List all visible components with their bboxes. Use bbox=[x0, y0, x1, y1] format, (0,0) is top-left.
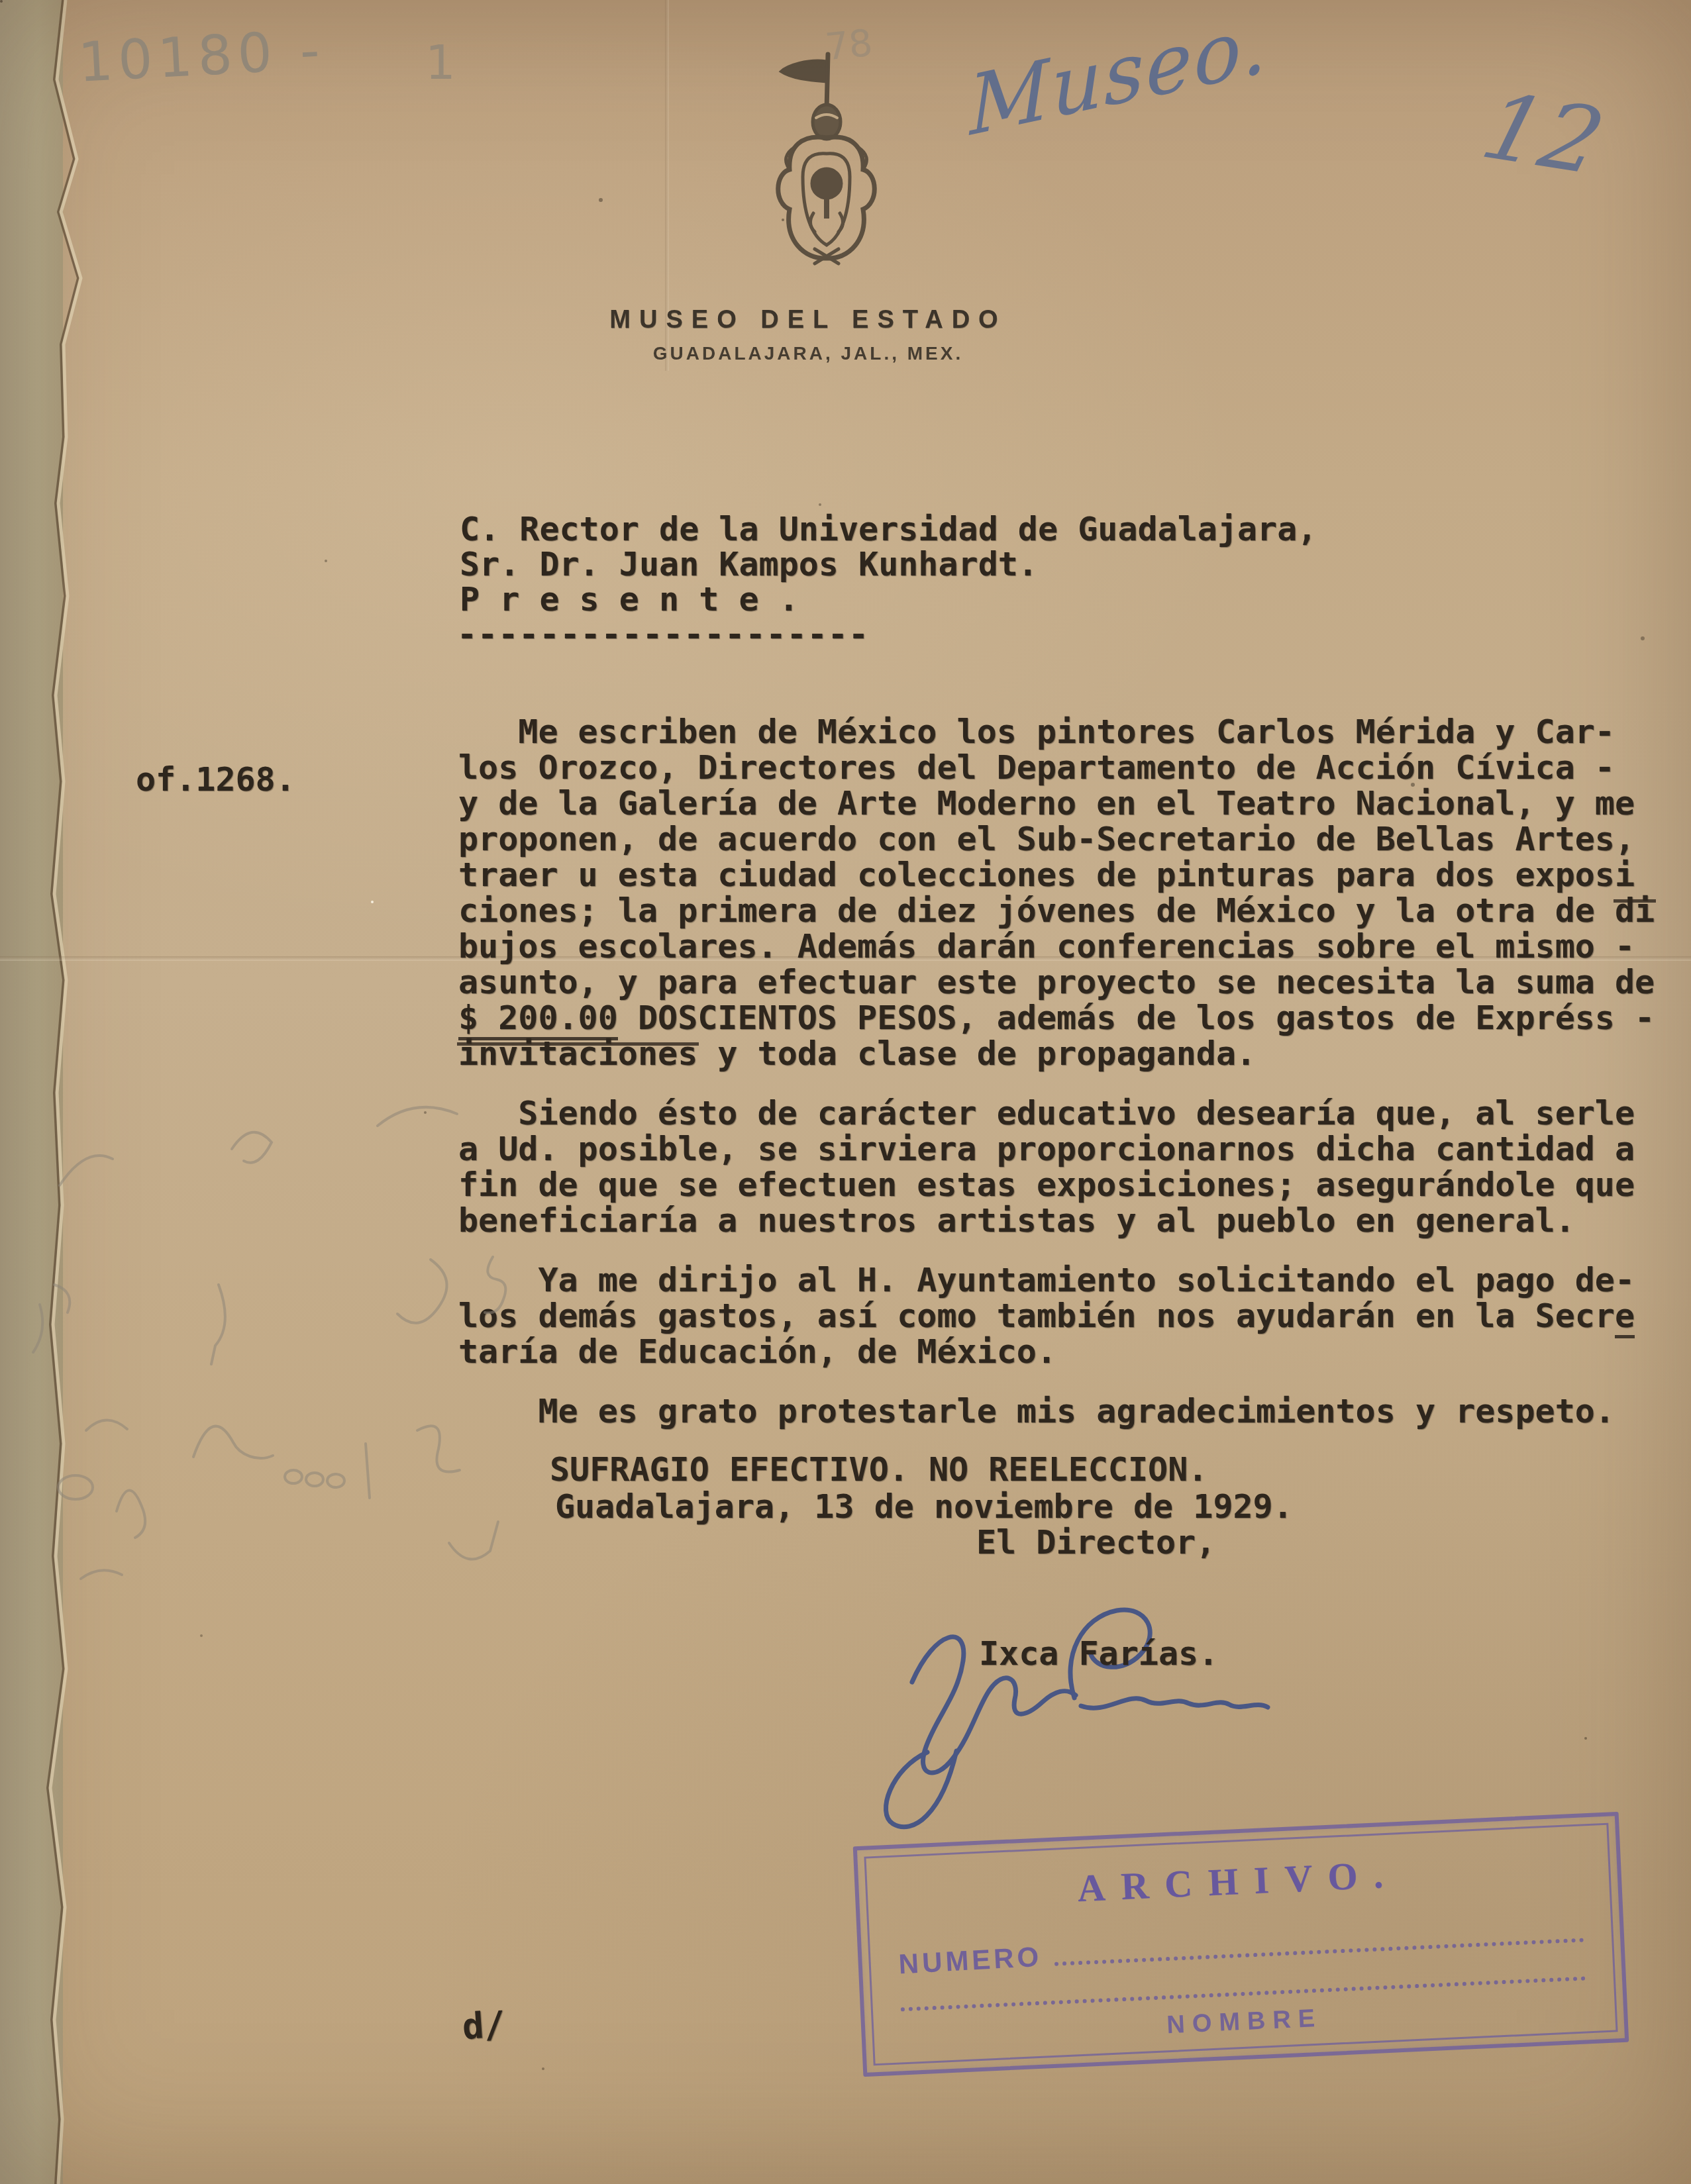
text-segment: Siendo ésto de carácter educativo desear… bbox=[458, 1094, 1635, 1132]
typist-mark: d/ bbox=[461, 2007, 507, 2045]
ink-page-number: 12 bbox=[1472, 74, 1614, 195]
letter-line: proponen, de acuerdo con el Sub-Secretar… bbox=[458, 821, 1691, 857]
stamp-numero-dotted-line bbox=[1054, 1938, 1584, 1966]
text-segment: beneficiaría a nuestros artistas y al pu… bbox=[458, 1201, 1575, 1240]
letter-paragraph: Ya me dirijo al H. Ayuntamiento solicita… bbox=[458, 1262, 1691, 1369]
text-segment: Me escriben de México los pintores Carlo… bbox=[458, 713, 1615, 751]
letter-paragraph: Me escriben de México los pintores Carlo… bbox=[458, 714, 1691, 1071]
pencil-page-mark: 1 bbox=[425, 34, 456, 90]
letter-line: beneficiaría a nuestros artistas y al pu… bbox=[458, 1203, 1691, 1238]
letter-line: Me es grato protestarle mis agradecimien… bbox=[458, 1393, 1691, 1429]
letterhead-title: MUSEO DEL ESTADO bbox=[556, 306, 1060, 334]
signer-name: Ixca Farías. bbox=[979, 1636, 1218, 1671]
letter-line: los demás gastos, así como también nos a… bbox=[458, 1298, 1691, 1334]
address-underline-dashes: -------------------- bbox=[457, 617, 869, 652]
paper-specks bbox=[0, 0, 3, 3]
letter-line: invitaciones y toda clase de propaganda. bbox=[458, 1036, 1691, 1071]
letterhead-subtitle: GUADALAJARA, JAL., MEX. bbox=[556, 343, 1060, 364]
letter-body: Me escriben de México los pintores Carlo… bbox=[458, 714, 1691, 1453]
pencil-doc-number: 10180 - bbox=[77, 19, 327, 94]
text-segment: a Ud. posible, se sirviera proporcionarn… bbox=[458, 1130, 1635, 1168]
text-segment: y toda clase de propaganda. bbox=[697, 1034, 1256, 1073]
text-segment: bujos escolares. Además darán conferenci… bbox=[458, 927, 1635, 966]
letter-line: a Ud. posible, se sirviera proporcionarn… bbox=[458, 1131, 1691, 1167]
motto-line: SUFRAGIO EFECTIVO. NO REELECCION. bbox=[550, 1452, 1207, 1487]
ink-annotation-museo: Museo. bbox=[968, 0, 1269, 154]
office-number: of.1268. bbox=[136, 762, 295, 797]
stamp-title: ARCHIVO. bbox=[895, 1844, 1582, 1919]
letter-line: ciones; la primera de diez jóvenes de Mé… bbox=[458, 893, 1691, 928]
text-segment: y de la Galería de Arte Moderno en el Te… bbox=[458, 784, 1635, 822]
letter-line: Ya me dirijo al H. Ayuntamiento solicita… bbox=[458, 1262, 1691, 1298]
date-line: Guadalajara, 13 de noviembre de 1929. bbox=[555, 1489, 1293, 1524]
pencil-scribbles bbox=[20, 1086, 550, 1629]
address-line-1: C. Rector de la Universidad de Guadalaja… bbox=[460, 511, 1317, 547]
letter-line: fin de que se efectuen estas exposicione… bbox=[458, 1167, 1691, 1203]
text-segment: asunto, y para efectuar este proyecto se… bbox=[458, 963, 1655, 1001]
emphasized-text: e bbox=[1615, 1297, 1635, 1338]
letter-paragraph: Me es grato protestarle mis agradecimien… bbox=[458, 1393, 1691, 1429]
letter-line: asunto, y para efectuar este proyecto se… bbox=[458, 964, 1691, 1000]
text-segment: Ya me dirijo al H. Ayuntamiento solicita… bbox=[458, 1261, 1635, 1299]
letter-line: bujos escolares. Además darán conferenci… bbox=[458, 928, 1691, 964]
text-segment: DOSCIENTOS PESOS, además de los gastos d… bbox=[618, 999, 1655, 1037]
letter-line: los Orozco, Directores del Departamento … bbox=[458, 750, 1691, 785]
text-segment: ciones; la primera de diez jóvenes de Mé… bbox=[458, 891, 1615, 930]
letter-line: Me escriben de México los pintores Carlo… bbox=[458, 714, 1691, 750]
address-line-3: P r e s e n t e . bbox=[460, 581, 799, 617]
letter-line: taría de Educación, de México. bbox=[458, 1334, 1691, 1369]
text-segment: los demás gastos, así como también nos a… bbox=[458, 1297, 1615, 1335]
scanned-letter-page: 10180 - 1 78 Museo. 12 MUSEO DEL ESTADO … bbox=[0, 0, 1691, 2184]
address-line-2: Sr. Dr. Juan Kampos Kunhardt. bbox=[460, 546, 1038, 582]
text-segment: los Orozco, Directores del Departamento … bbox=[458, 748, 1615, 787]
emphasized-text: invitaciones bbox=[458, 1034, 697, 1073]
emphasized-text: di bbox=[1615, 891, 1655, 930]
text-segment: traer u esta ciudad colecciones de pintu… bbox=[458, 856, 1635, 894]
archivo-stamp: ARCHIVO. NUMERO NOMBRE bbox=[853, 1812, 1629, 2077]
archivo-stamp-inner-border: ARCHIVO. NUMERO NOMBRE bbox=[864, 1823, 1617, 2066]
letter-line: $ 200.00 DOSCIENTOS PESOS, además de los… bbox=[458, 1000, 1691, 1036]
text-segment: Me es grato protestarle mis agradecimien… bbox=[458, 1392, 1615, 1430]
letter-line: traer u esta ciudad colecciones de pintu… bbox=[458, 857, 1691, 893]
letter-line: y de la Galería de Arte Moderno en el Te… bbox=[458, 785, 1691, 821]
coat-of-arms-crest bbox=[747, 46, 906, 285]
text-segment: proponen, de acuerdo con el Sub-Secretar… bbox=[458, 820, 1635, 858]
stamp-numero-label: NUMERO bbox=[898, 1941, 1043, 1981]
text-segment: fin de que se efectuen estas exposicione… bbox=[458, 1166, 1635, 1204]
letter-line: Siendo ésto de carácter educativo desear… bbox=[458, 1095, 1691, 1131]
letter-paragraph: Siendo ésto de carácter educativo desear… bbox=[458, 1095, 1691, 1238]
signature-ink bbox=[849, 1550, 1300, 1841]
